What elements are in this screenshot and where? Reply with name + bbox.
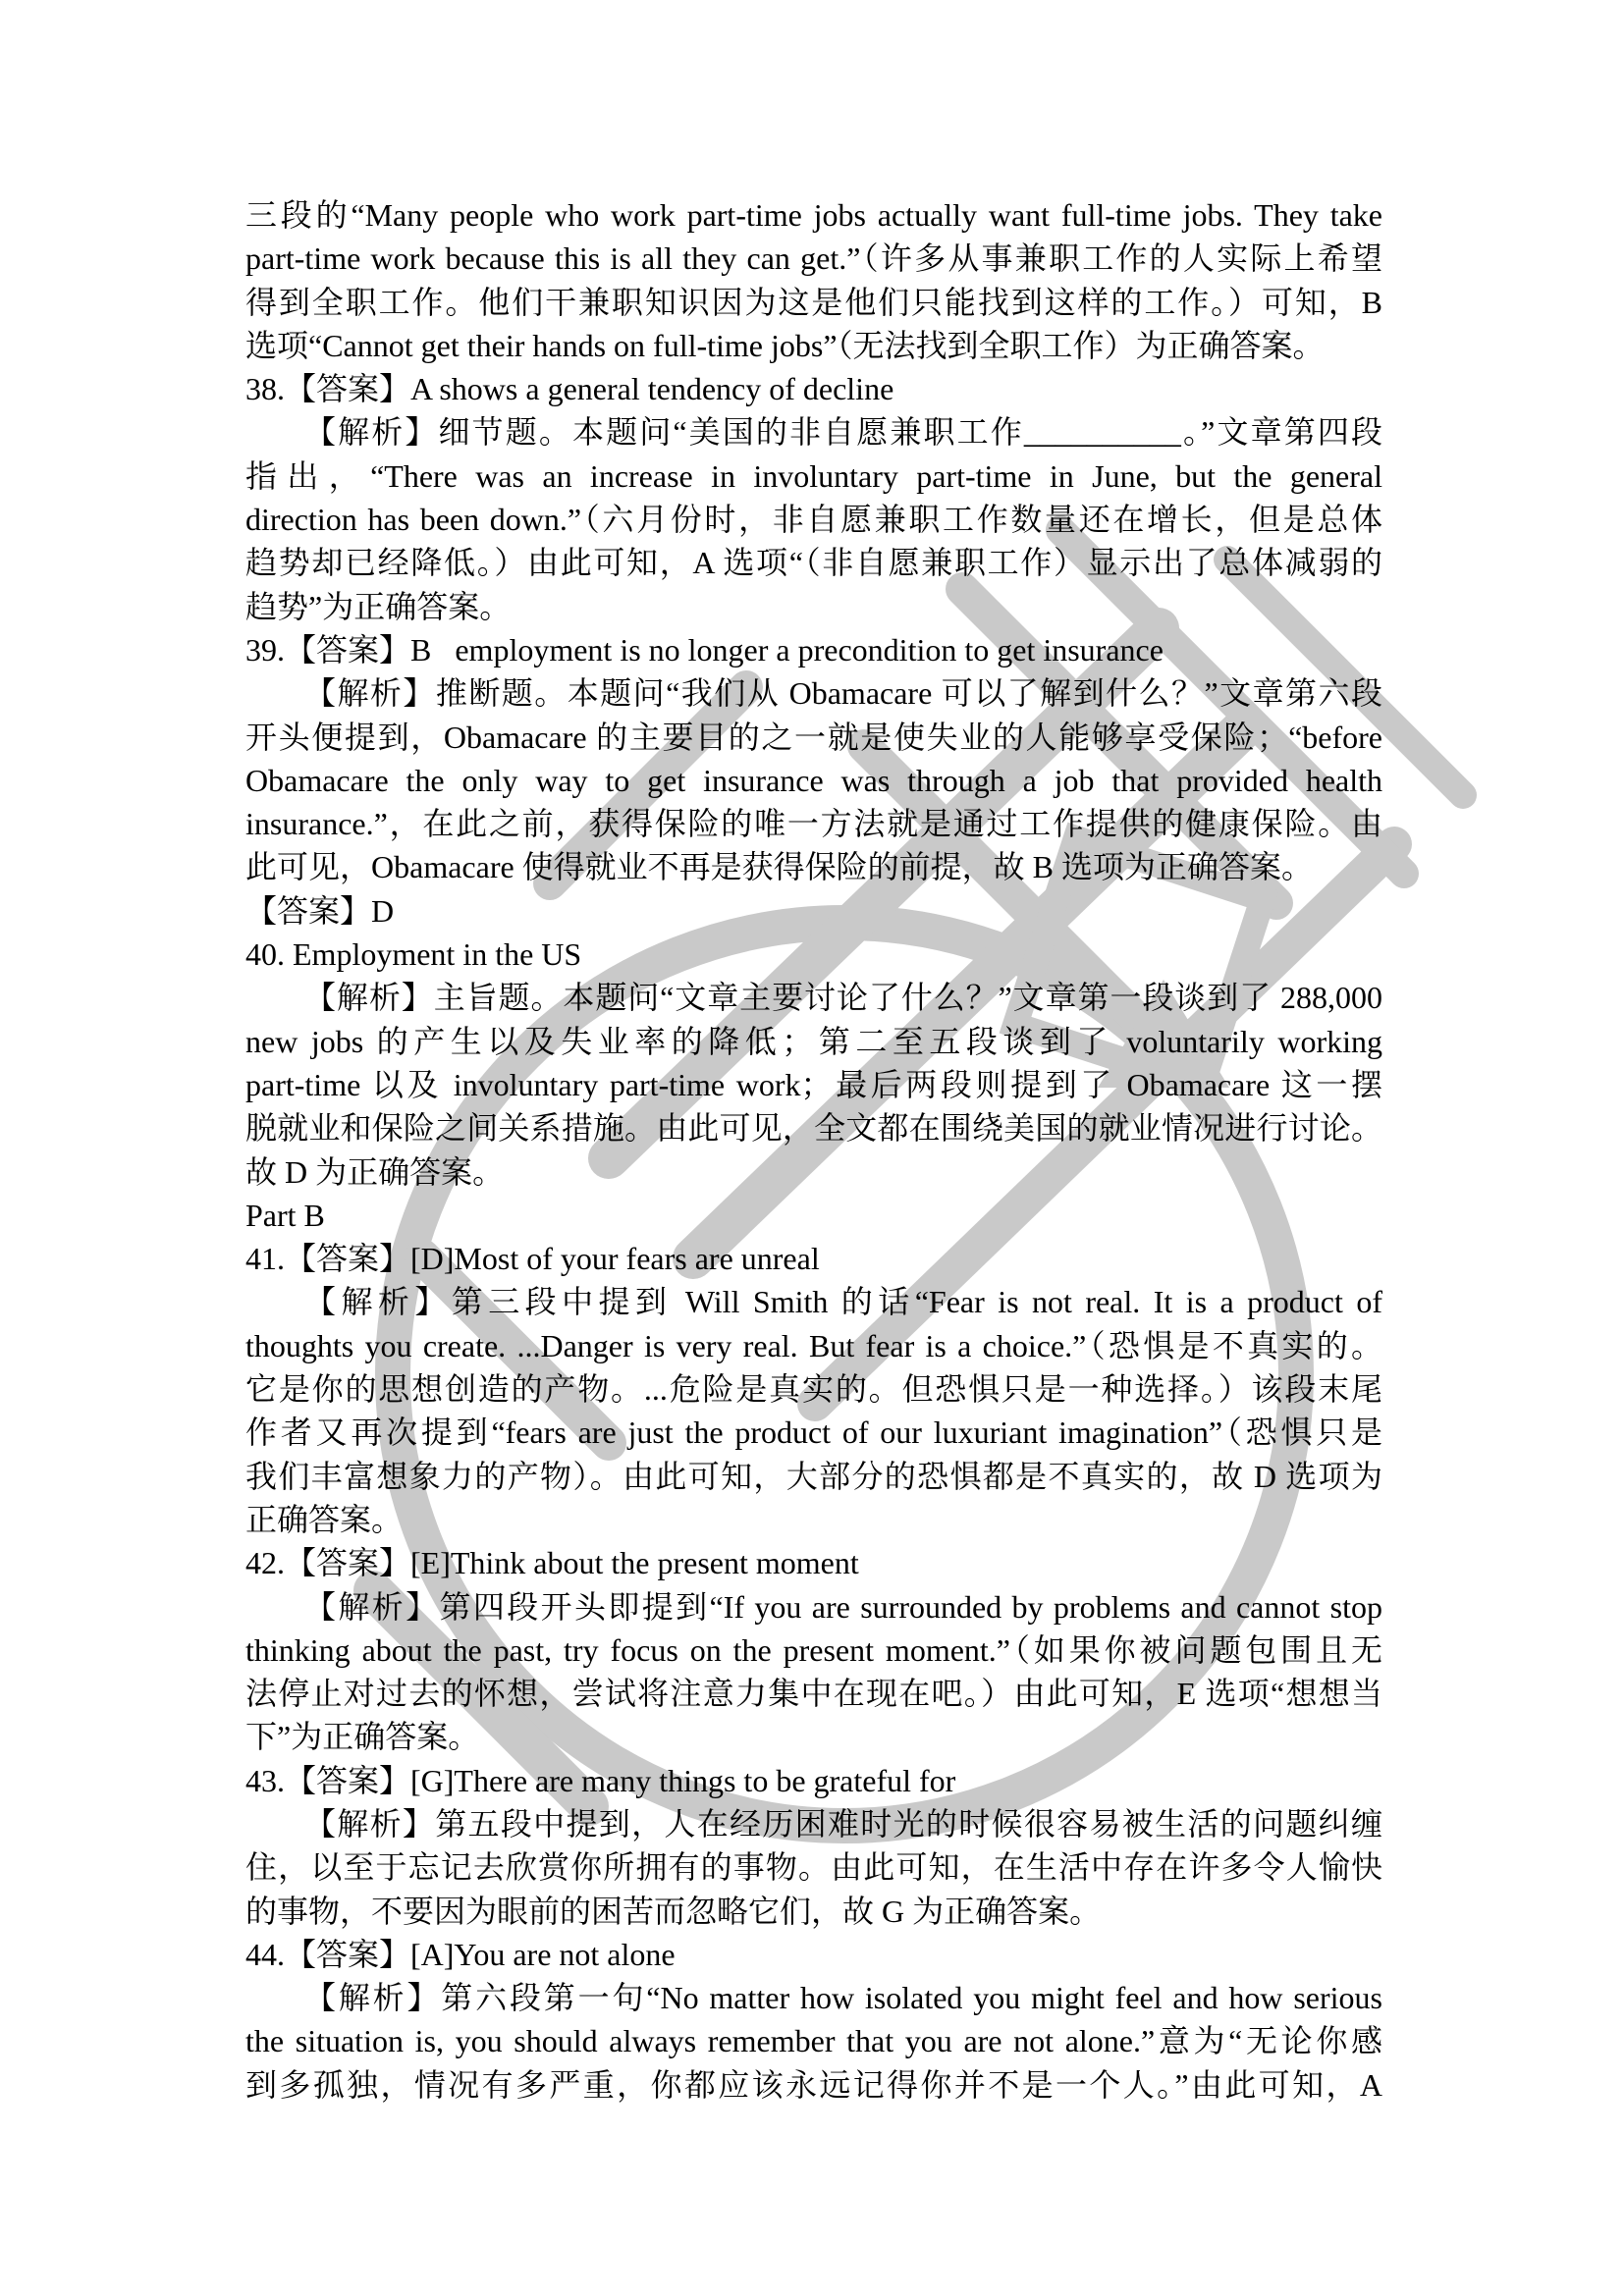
text-line: insurance.”，在此之前，获得保险的唯一方法就是通过工作提供的健康保险。… xyxy=(245,802,1382,845)
text-line: part-time 以及 involuntary part-time work；… xyxy=(245,1063,1382,1106)
text-line: the situation is, you should always reme… xyxy=(245,2019,1382,2062)
text-line: thoughts you create. ...Danger is very r… xyxy=(245,1324,1382,1367)
text-line: thinking about the past, try focus on th… xyxy=(245,1629,1382,1672)
text-line: 【解析】主旨题。本题问“文章主要讨论了什么？”文章第一段谈到了 288,000 xyxy=(245,976,1382,1019)
text-line: 到多孤独，情况有多严重，你都应该永远记得你并不是一个人。”由此可知，A xyxy=(245,2063,1382,2107)
document-page: 三段的“Many people who work part-time jobs … xyxy=(0,0,1624,2296)
text-line: 我们丰富想象力的产物）。由此可知，大部分的恐惧都是不真实的，故 D 选项为 xyxy=(245,1455,1382,1498)
text-line: 的事物，不要因为眼前的困苦而忽略它们，故 G 为正确答案。 xyxy=(245,1890,1382,1933)
text-line: 三段的“Many people who work part-time jobs … xyxy=(245,193,1382,237)
text-line: 38.【答案】A shows a general tendency of dec… xyxy=(245,367,1382,410)
text-line: 41.【答案】[D]Most of your fears are unreal xyxy=(245,1237,1382,1280)
text-line: 下”为正确答案。 xyxy=(245,1715,1382,1758)
text-line: Obamacare the only way to get insurance … xyxy=(245,759,1382,802)
text-line: 住，以至于忘记去欣赏你所拥有的事物。由此可知，在生活中存在许多令人愉快 xyxy=(245,1845,1382,1889)
text-line: Part B xyxy=(245,1194,1382,1237)
text-line: 它是你的思想创造的产物。...危险是真实的。但恐惧只是一种选择。）该段末尾 xyxy=(245,1367,1382,1411)
text-line: 趋势”为正确答案。 xyxy=(245,585,1382,628)
answer-key-content: 三段的“Many people who work part-time jobs … xyxy=(245,193,1382,2107)
text-line: direction has been down.”（六月份时，非自愿兼职工作数量… xyxy=(245,498,1382,541)
text-line: new jobs 的产生以及失业率的降低；第二至五段谈到了 voluntaril… xyxy=(245,1020,1382,1063)
text-line: 趋势却已经降低。）由此可知，A 选项“（非自愿兼职工作）显示出了总体减弱的 xyxy=(245,541,1382,584)
text-line: 法停止对过去的怀想，尝试将注意力集中在现在吧。）由此可知，E 选项“想想当 xyxy=(245,1672,1382,1715)
text-line: 开头便提到，Obamacare 的主要目的之一就是使失业的人能够享受保险；“be… xyxy=(245,716,1382,759)
text-line: 【解析】推断题。本题问“我们从 Obamacare 可以了解到什么？”文章第六段 xyxy=(245,671,1382,715)
text-line: part-time work because this is all they … xyxy=(245,237,1382,280)
text-line: 44.【答案】[A]You are not alone xyxy=(245,1933,1382,1976)
text-line: 故 D 为正确答案。 xyxy=(245,1150,1382,1194)
text-line: 此可见，Obamacare 使得就业不再是获得保险的前提，故 B 选项为正确答案… xyxy=(245,845,1382,888)
text-line: 选项“Cannot get their hands on full-time j… xyxy=(245,324,1382,367)
text-line: 指出，“There was an increase in involuntary… xyxy=(245,454,1382,498)
text-line: 正确答案。 xyxy=(245,1498,1382,1541)
text-line: 【解析】第三段中提到 Will Smith 的话“Fear is not rea… xyxy=(245,1280,1382,1323)
text-line: 39.【答案】B employment is no longer a preco… xyxy=(245,628,1382,671)
text-line: 【解析】第五段中提到，人在经历困难时光的时候很容易被生活的问题纠缠 xyxy=(245,1802,1382,1845)
text-line: 得到全职工作。他们干兼职知识因为这是他们只能找到这样的工作。）可知，B xyxy=(245,281,1382,324)
text-line: 【答案】D xyxy=(245,889,1382,933)
text-line: 【解析】细节题。本题问“美国的非自愿兼职工作__________。”文章第四段 xyxy=(245,410,1382,454)
text-line: 43.【答案】[G]There are many things to be gr… xyxy=(245,1759,1382,1802)
text-line: 【解析】第四段开头即提到“If you are surrounded by pr… xyxy=(245,1585,1382,1629)
text-line: 【解析】第六段第一句“No matter how isolated you mi… xyxy=(245,1976,1382,2019)
text-line: 42.【答案】[E]Think about the present moment xyxy=(245,1541,1382,1584)
text-line: 40. Employment in the US xyxy=(245,933,1382,976)
text-line: 作者又再次提到“fears are just the product of ou… xyxy=(245,1411,1382,1454)
text-line: 脱就业和保险之间关系措施。由此可见，全文都在围绕美国的就业情况进行讨论。 xyxy=(245,1106,1382,1149)
